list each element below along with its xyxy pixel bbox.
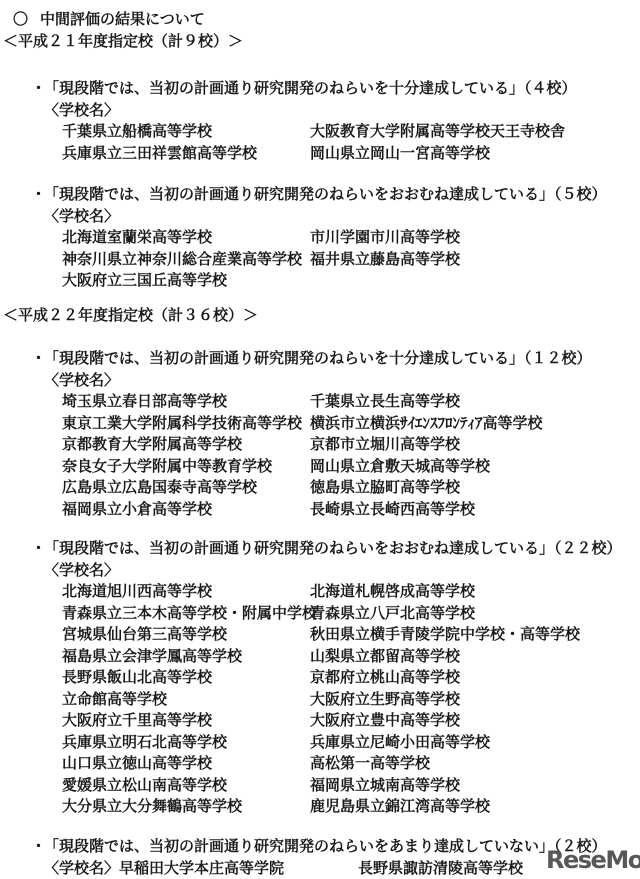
- school-names-label: 〈学校名〉: [44, 100, 640, 122]
- school-name: 鹿児島県立錦江湾高等学校: [310, 796, 490, 818]
- title-text: 中間評価の結果について: [40, 10, 205, 28]
- school-name: 青森県立三本木高等学校・附属中学校: [62, 603, 310, 625]
- school-name: 立命館高等学校: [62, 689, 310, 711]
- criterion-line: ・「現段階では、当初の計画通り研究開発のねらいをおおむね達成している」（２２校）: [31, 538, 640, 560]
- school-name: 福島県立会津学鳳高等学校: [62, 646, 310, 668]
- school-name: 兵庫県立尼崎小田高等学校: [310, 732, 490, 754]
- school-name: 徳島県立脇町高等学校: [310, 477, 460, 499]
- school-name: 大分県立大分舞鶴高等学校: [62, 796, 310, 818]
- bullet-icon: ・: [31, 836, 44, 858]
- school-names-label: 〈学校名〉: [44, 859, 119, 877]
- school-name: 京都教育大学附属高等学校: [62, 434, 310, 456]
- school-name: 長野県飯山北高等学校: [62, 667, 310, 689]
- school-name: 兵庫県立明石北高等学校: [62, 732, 310, 754]
- school-row: 京都教育大学附属高等学校 京都市立堀川高等学校: [62, 434, 640, 456]
- school-name: 埼玉県立春日部高等学校: [62, 391, 310, 413]
- school-name: 福岡県立小倉高等学校: [62, 499, 310, 521]
- school-row: 千葉県立船橋高等学校 大阪教育大学附属高等学校天王寺校舎: [62, 121, 640, 143]
- school-name: 秋田県立横手青陵学院中学校・高等学校: [310, 624, 580, 646]
- school-row: 東京工業大学附属科学技術高等学校 横浜市立横浜ｻｲｴﾝｽﾌﾛﾝﾃｨｱ高等学校: [62, 413, 640, 435]
- school-row: 兵庫県立明石北高等学校 兵庫県立尼崎小田高等学校: [62, 732, 640, 754]
- school-name: 千葉県立船橋高等学校: [62, 121, 310, 143]
- bullet-icon: ・: [31, 348, 44, 370]
- school-row: 福岡県立小倉高等学校 長崎県立長崎西高等学校: [62, 499, 640, 521]
- school-name: 兵庫県立三田祥雲館高等学校: [62, 143, 310, 165]
- group-h21-fully-achieved: ・「現段階では、当初の計画通り研究開発のねらいを十分達成している」（４校） 〈学…: [0, 78, 640, 164]
- title-marker: 〇: [13, 8, 40, 30]
- school-name: 長崎県立長崎西高等学校: [310, 499, 475, 521]
- school-row: 埼玉県立春日部高等学校 千葉県立長生高等学校: [62, 391, 640, 413]
- resemom-logo: リセマム ReseMom.: [546, 848, 640, 872]
- school-row: 広島県立広島国泰寺高等学校 徳島県立脇町高等学校: [62, 477, 640, 499]
- school-name: 福井県立藤島高等学校: [310, 249, 460, 271]
- school-row: 長野県飯山北高等学校 京都府立桃山高等学校: [62, 667, 640, 689]
- criterion-text: 「現段階では、当初の計画通り研究開発のねらいをおおむね達成している」（５校）: [44, 184, 607, 206]
- school-row: 大阪府立三国丘高等学校: [62, 270, 640, 292]
- school-name: 愛媛県立松山南高等学校: [62, 775, 310, 797]
- school-row: 北海道旭川西高等学校 北海道札幌啓成高等学校: [62, 581, 640, 603]
- school-row: 兵庫県立三田祥雲館高等学校 岡山県立岡山一宮高等学校: [62, 143, 640, 165]
- school-name: 岡山県立岡山一宮高等学校: [310, 143, 490, 165]
- school-name: 大阪府立生野高等学校: [310, 689, 460, 711]
- group-h21-mostly-achieved: ・「現段階では、当初の計画通り研究開発のねらいをおおむね達成している」（５校） …: [0, 184, 640, 292]
- school-name: 京都市立堀川高等学校: [310, 434, 460, 456]
- school-name: 青森県立八戸北高等学校: [310, 603, 475, 625]
- bullet-icon: ・: [31, 538, 44, 560]
- criterion-text: 「現段階では、当初の計画通り研究開発のねらいを十分達成している」（１２校）: [44, 348, 592, 370]
- school-row: 山口県立徳山高等学校 高松第一高等学校: [62, 753, 640, 775]
- page-title: 〇中間評価の結果について: [13, 8, 640, 30]
- school-name: 東京工業大学附属科学技術高等学校: [62, 413, 310, 435]
- school-name: 千葉県立長生高等学校: [310, 391, 460, 413]
- criterion-line: ・「現段階では、当初の計画通り研究開発のねらいを十分達成している」（１２校）: [31, 348, 640, 370]
- school-name: 京都府立桃山高等学校: [310, 667, 460, 689]
- bullet-icon: ・: [31, 184, 44, 206]
- school-row: 青森県立三本木高等学校・附属中学校 青森県立八戸北高等学校: [62, 603, 640, 625]
- school-names-label: 〈学校名〉: [44, 206, 640, 228]
- school-names-label: 〈学校名〉: [44, 560, 640, 582]
- school-names-inline: 〈学校名〉早稲田大学本庄高等学院: [44, 858, 358, 879]
- school-name: 大阪府立豊中高等学校: [310, 710, 460, 732]
- school-row: 奈良女子大学附属中等教育学校 岡山県立倉敷天城高等学校: [62, 456, 640, 478]
- school-name: 広島県立広島国泰寺高等学校: [62, 477, 310, 499]
- group-h22-not-achieved: ・「現段階では、当初の計画通り研究開発のねらいをあまり達成していない」（２校） …: [0, 836, 640, 879]
- school-row: 北海道室蘭栄高等学校 市川学園市川高等学校: [62, 227, 640, 249]
- school-name: 高松第一高等学校: [310, 753, 430, 775]
- school-name: 奈良女子大学附属中等教育学校: [62, 456, 310, 478]
- school-row: 福島県立会津学鳳高等学校 山梨県立都留高等学校: [62, 646, 640, 668]
- school-name: 山梨県立都留高等学校: [310, 646, 460, 668]
- school-name: 大阪教育大学附属高等学校天王寺校舎: [310, 121, 565, 143]
- school-row: 愛媛県立松山南高等学校 福岡県立城南高等学校: [62, 775, 640, 797]
- school-name: 山口県立徳山高等学校: [62, 753, 310, 775]
- criterion-text: 「現段階では、当初の計画通り研究開発のねらいをおおむね達成している」（２２校）: [44, 538, 622, 560]
- school-name: 早稲田大学本庄高等学院: [119, 859, 284, 877]
- document: 〇中間評価の結果について ＜平成２１年度指定校（計９校）＞ ・「現段階では、当初…: [0, 0, 640, 879]
- section-heading-h22: ＜平成２２年度指定校（計３６校）＞: [3, 304, 640, 326]
- school-name: 神奈川県立神奈川総合産業高等学校: [62, 249, 310, 271]
- school-name: 北海道旭川西高等学校: [62, 581, 310, 603]
- section-heading-h21: ＜平成２１年度指定校（計９校）＞: [3, 30, 640, 52]
- school-row: 大阪府立千里高等学校 大阪府立豊中高等学校: [62, 710, 640, 732]
- bullet-icon: ・: [31, 78, 44, 100]
- school-row: 大分県立大分舞鶴高等学校 鹿児島県立錦江湾高等学校: [62, 796, 640, 818]
- criterion-line: ・「現段階では、当初の計画通り研究開発のねらいをおおむね達成している」（５校）: [31, 184, 640, 206]
- criterion-text: 「現段階では、当初の計画通り研究開発のねらいを十分達成している」（４校）: [44, 78, 577, 100]
- school-name: 北海道札幌啓成高等学校: [310, 581, 475, 603]
- group-h22-fully-achieved: ・「現段階では、当初の計画通り研究開発のねらいを十分達成している」（１２校） 〈…: [0, 348, 640, 520]
- school-row: 宮城県仙台第三高等学校 秋田県立横手青陵学院中学校・高等学校: [62, 624, 640, 646]
- school-row: 立命館高等学校 大阪府立生野高等学校: [62, 689, 640, 711]
- school-name: 岡山県立倉敷天城高等学校: [310, 456, 490, 478]
- school-names-label: 〈学校名〉: [44, 370, 640, 392]
- criterion-text: 「現段階では、当初の計画通り研究開発のねらいをあまり達成していない」（２校）: [44, 836, 607, 858]
- group-h22-mostly-achieved: ・「現段階では、当初の計画通り研究開発のねらいをおおむね達成している」（２２校）…: [0, 538, 640, 818]
- school-name: 大阪府立千里高等学校: [62, 710, 310, 732]
- school-name: 大阪府立三国丘高等学校: [62, 270, 310, 292]
- school-name: 横浜市立横浜ｻｲｴﾝｽﾌﾛﾝﾃｨｱ高等学校: [310, 413, 543, 435]
- school-name: 長野県諏訪清陵高等学校: [358, 858, 523, 879]
- school-name: 市川学園市川高等学校: [310, 227, 460, 249]
- logo-text: ReseMom.: [546, 848, 640, 872]
- school-name: 北海道室蘭栄高等学校: [62, 227, 310, 249]
- school-name: 宮城県仙台第三高等学校: [62, 624, 310, 646]
- school-row: 神奈川県立神奈川総合産業高等学校 福井県立藤島高等学校: [62, 249, 640, 271]
- school-name: 福岡県立城南高等学校: [310, 775, 460, 797]
- criterion-line: ・「現段階では、当初の計画通り研究開発のねらいを十分達成している」（４校）: [31, 78, 640, 100]
